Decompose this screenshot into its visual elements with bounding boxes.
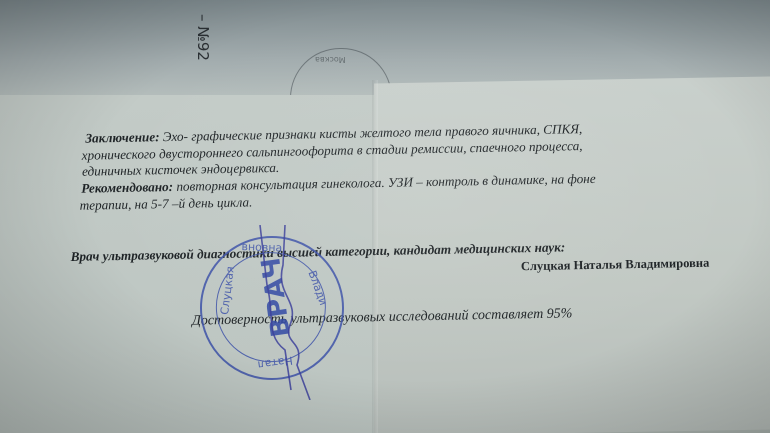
doctor-name: Слуцкая Наталья Владимировна <box>521 256 710 275</box>
conclusion-label: Заключение: <box>85 129 159 145</box>
signature-icon <box>255 225 325 400</box>
document-content: Заключение: Эхо- графические признаки ки… <box>0 0 770 433</box>
recommendation-line-2: терапии, на 5-7 –й день цикла. <box>80 194 253 213</box>
recommendation-label: Рекомендовано: <box>81 179 173 196</box>
